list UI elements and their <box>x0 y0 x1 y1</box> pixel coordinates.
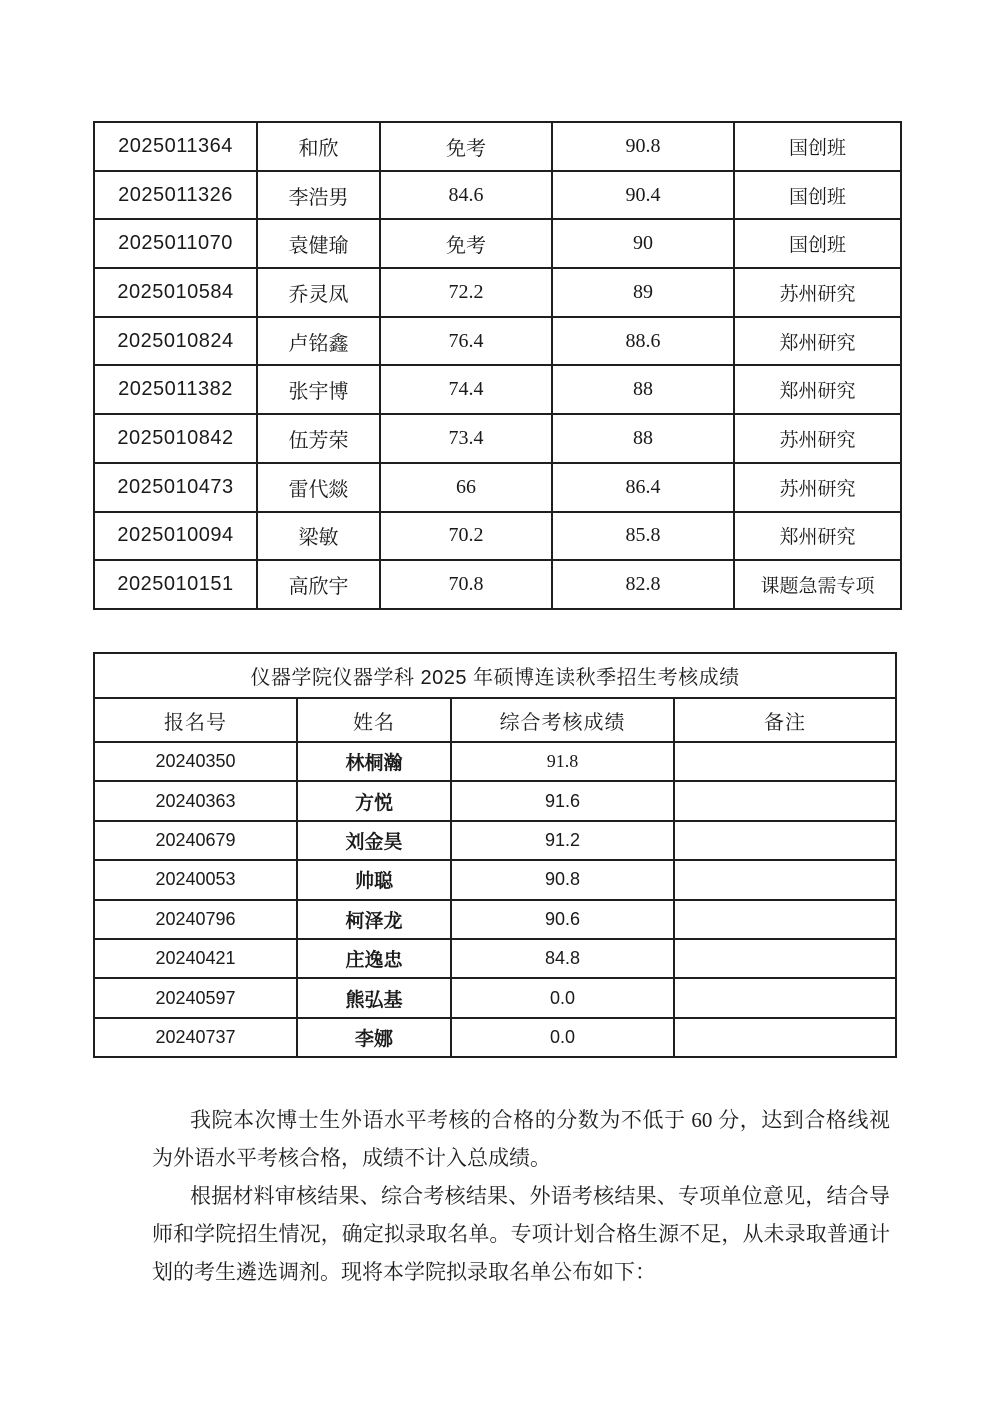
cell-score2: 88 <box>552 365 734 414</box>
cell-id: 20240053 <box>94 860 297 899</box>
table-row: 20240350林桐瀚91.8 <box>94 742 896 781</box>
cell-score: 91.2 <box>451 821 674 860</box>
table-row: 2025010584乔灵凤72.289苏州研究 <box>94 268 901 317</box>
cell-name: 梁敏 <box>257 512 380 561</box>
cell-note: 国创班 <box>734 219 901 268</box>
cell-id: 20240421 <box>94 939 297 978</box>
cell-id: 2025011382 <box>94 365 257 414</box>
score-table-continuation: 2025011364和欣免考90.8国创班2025011326李浩男84.690… <box>93 121 902 610</box>
table-row: 2025010824卢铭鑫76.488.6郑州研究 <box>94 317 901 366</box>
cell-note: 国创班 <box>734 122 901 171</box>
table-row: 20240421庄逸忠84.8 <box>94 939 896 978</box>
cell-score: 84.8 <box>451 939 674 978</box>
cell-name: 高欣宇 <box>257 560 380 609</box>
table-row: 20240053帅聪90.8 <box>94 860 896 899</box>
table-title-row: 仪器学院仪器学科 2025 年硕博连读秋季招生考核成绩 <box>94 653 896 698</box>
cell-score2: 90 <box>552 219 734 268</box>
cell-id: 2025010473 <box>94 463 257 512</box>
paragraph-foreign-language-rule: 我院本次博士生外语水平考核的合格的分数为不低于 60 分，达到合格线视为外语水平… <box>152 1101 890 1177</box>
cell-note <box>674 781 896 820</box>
table-row: 2025010842伍芳荣73.488苏州研究 <box>94 414 901 463</box>
cell-score: 91.8 <box>451 742 674 781</box>
cell-note: 苏州研究 <box>734 268 901 317</box>
cell-score1: 70.2 <box>380 512 552 561</box>
cell-name: 李娜 <box>297 1018 451 1057</box>
cell-id: 2025010151 <box>94 560 257 609</box>
table-header-row: 报名号 姓名 综合考核成绩 备注 <box>94 698 896 742</box>
cell-name: 帅聪 <box>297 860 451 899</box>
cell-score2: 82.8 <box>552 560 734 609</box>
cell-score: 90.8 <box>451 860 674 899</box>
cell-id: 20240350 <box>94 742 297 781</box>
cell-id: 2025010584 <box>94 268 257 317</box>
cell-name: 庄逸忠 <box>297 939 451 978</box>
cell-score1: 66 <box>380 463 552 512</box>
table-row: 20240597熊弘基0.0 <box>94 978 896 1017</box>
cell-score1: 70.8 <box>380 560 552 609</box>
cell-score: 91.6 <box>451 781 674 820</box>
table-row: 2025011364和欣免考90.8国创班 <box>94 122 901 171</box>
cell-score1: 74.4 <box>380 365 552 414</box>
table-row: 20240737李娜0.0 <box>94 1018 896 1057</box>
cell-name: 林桐瀚 <box>297 742 451 781</box>
cell-score: 0.0 <box>451 978 674 1017</box>
cell-name: 熊弘基 <box>297 978 451 1017</box>
body-text: 我院本次博士生外语水平考核的合格的分数为不低于 60 分，达到合格线视为外语水平… <box>152 1101 890 1291</box>
table-row: 20240363方悦91.6 <box>94 781 896 820</box>
cell-score2: 88 <box>552 414 734 463</box>
shuobo-score-table: 仪器学院仪器学科 2025 年硕博连读秋季招生考核成绩 报名号 姓名 综合考核成… <box>93 652 897 1058</box>
table-row: 2025011070袁健瑜免考90国创班 <box>94 219 901 268</box>
header-remarks: 备注 <box>674 698 896 742</box>
score-table-continuation-wrap: 2025011364和欣免考90.8国创班2025011326李浩男84.690… <box>93 121 902 610</box>
cell-name: 卢铭鑫 <box>257 317 380 366</box>
cell-score1: 76.4 <box>380 317 552 366</box>
cell-note: 郑州研究 <box>734 365 901 414</box>
cell-id: 20240796 <box>94 900 297 939</box>
cell-name: 袁健瑜 <box>257 219 380 268</box>
cell-score2: 90.4 <box>552 171 734 220</box>
cell-score: 90.6 <box>451 900 674 939</box>
cell-name: 雷代燚 <box>257 463 380 512</box>
cell-note: 苏州研究 <box>734 463 901 512</box>
table-row: 20240796柯泽龙90.6 <box>94 900 896 939</box>
cell-name: 方悦 <box>297 781 451 820</box>
cell-id: 2025011326 <box>94 171 257 220</box>
paragraph-admission-list-intro: 根据材料审核结果、综合考核结果、外语考核结果、专项单位意见，结合导师和学院招生情… <box>152 1177 890 1291</box>
cell-id: 20240597 <box>94 978 297 1017</box>
cell-score1: 免考 <box>380 122 552 171</box>
cell-note <box>674 978 896 1017</box>
table-row: 2025010094梁敏70.285.8郑州研究 <box>94 512 901 561</box>
cell-score2: 86.4 <box>552 463 734 512</box>
cell-score2: 89 <box>552 268 734 317</box>
cell-id: 20240363 <box>94 781 297 820</box>
document-page: 2025011364和欣免考90.8国创班2025011326李浩男84.690… <box>0 0 999 1414</box>
cell-score1: 免考 <box>380 219 552 268</box>
table-row: 2025011382张宇博74.488郑州研究 <box>94 365 901 414</box>
cell-id: 2025010824 <box>94 317 257 366</box>
cell-id: 2025010094 <box>94 512 257 561</box>
cell-id: 2025011364 <box>94 122 257 171</box>
cell-note: 郑州研究 <box>734 317 901 366</box>
cell-id: 2025011070 <box>94 219 257 268</box>
cell-note: 郑州研究 <box>734 512 901 561</box>
cell-note: 国创班 <box>734 171 901 220</box>
cell-name: 张宇博 <box>257 365 380 414</box>
cell-id: 20240679 <box>94 821 297 860</box>
cell-note: 课题急需专项 <box>734 560 901 609</box>
shuobo-score-table-body: 20240350林桐瀚91.820240363方悦91.620240679刘金昊… <box>94 742 896 1057</box>
shuobo-score-table-wrap: 仪器学院仪器学科 2025 年硕博连读秋季招生考核成绩 报名号 姓名 综合考核成… <box>93 652 897 1058</box>
table-row: 2025011326李浩男84.690.4国创班 <box>94 171 901 220</box>
cell-note <box>674 742 896 781</box>
cell-note <box>674 939 896 978</box>
cell-score1: 84.6 <box>380 171 552 220</box>
table-row: 2025010473雷代燚6686.4苏州研究 <box>94 463 901 512</box>
table-title: 仪器学院仪器学科 2025 年硕博连读秋季招生考核成绩 <box>94 653 896 698</box>
cell-name: 刘金昊 <box>297 821 451 860</box>
cell-score2: 85.8 <box>552 512 734 561</box>
header-overall-score: 综合考核成绩 <box>451 698 674 742</box>
cell-score: 0.0 <box>451 1018 674 1057</box>
cell-note <box>674 860 896 899</box>
cell-note <box>674 900 896 939</box>
cell-score2: 90.8 <box>552 122 734 171</box>
cell-name: 柯泽龙 <box>297 900 451 939</box>
table-row: 20240679刘金昊91.2 <box>94 821 896 860</box>
cell-name: 和欣 <box>257 122 380 171</box>
cell-name: 李浩男 <box>257 171 380 220</box>
score-table-continuation-body: 2025011364和欣免考90.8国创班2025011326李浩男84.690… <box>94 122 901 609</box>
cell-name: 乔灵凤 <box>257 268 380 317</box>
cell-score1: 72.2 <box>380 268 552 317</box>
cell-note <box>674 1018 896 1057</box>
cell-id: 2025010842 <box>94 414 257 463</box>
cell-score2: 88.6 <box>552 317 734 366</box>
cell-name: 伍芳荣 <box>257 414 380 463</box>
header-registration-id: 报名号 <box>94 698 297 742</box>
table-row: 2025010151高欣宇70.882.8课题急需专项 <box>94 560 901 609</box>
cell-note <box>674 821 896 860</box>
header-name: 姓名 <box>297 698 451 742</box>
cell-score1: 73.4 <box>380 414 552 463</box>
cell-note: 苏州研究 <box>734 414 901 463</box>
cell-id: 20240737 <box>94 1018 297 1057</box>
